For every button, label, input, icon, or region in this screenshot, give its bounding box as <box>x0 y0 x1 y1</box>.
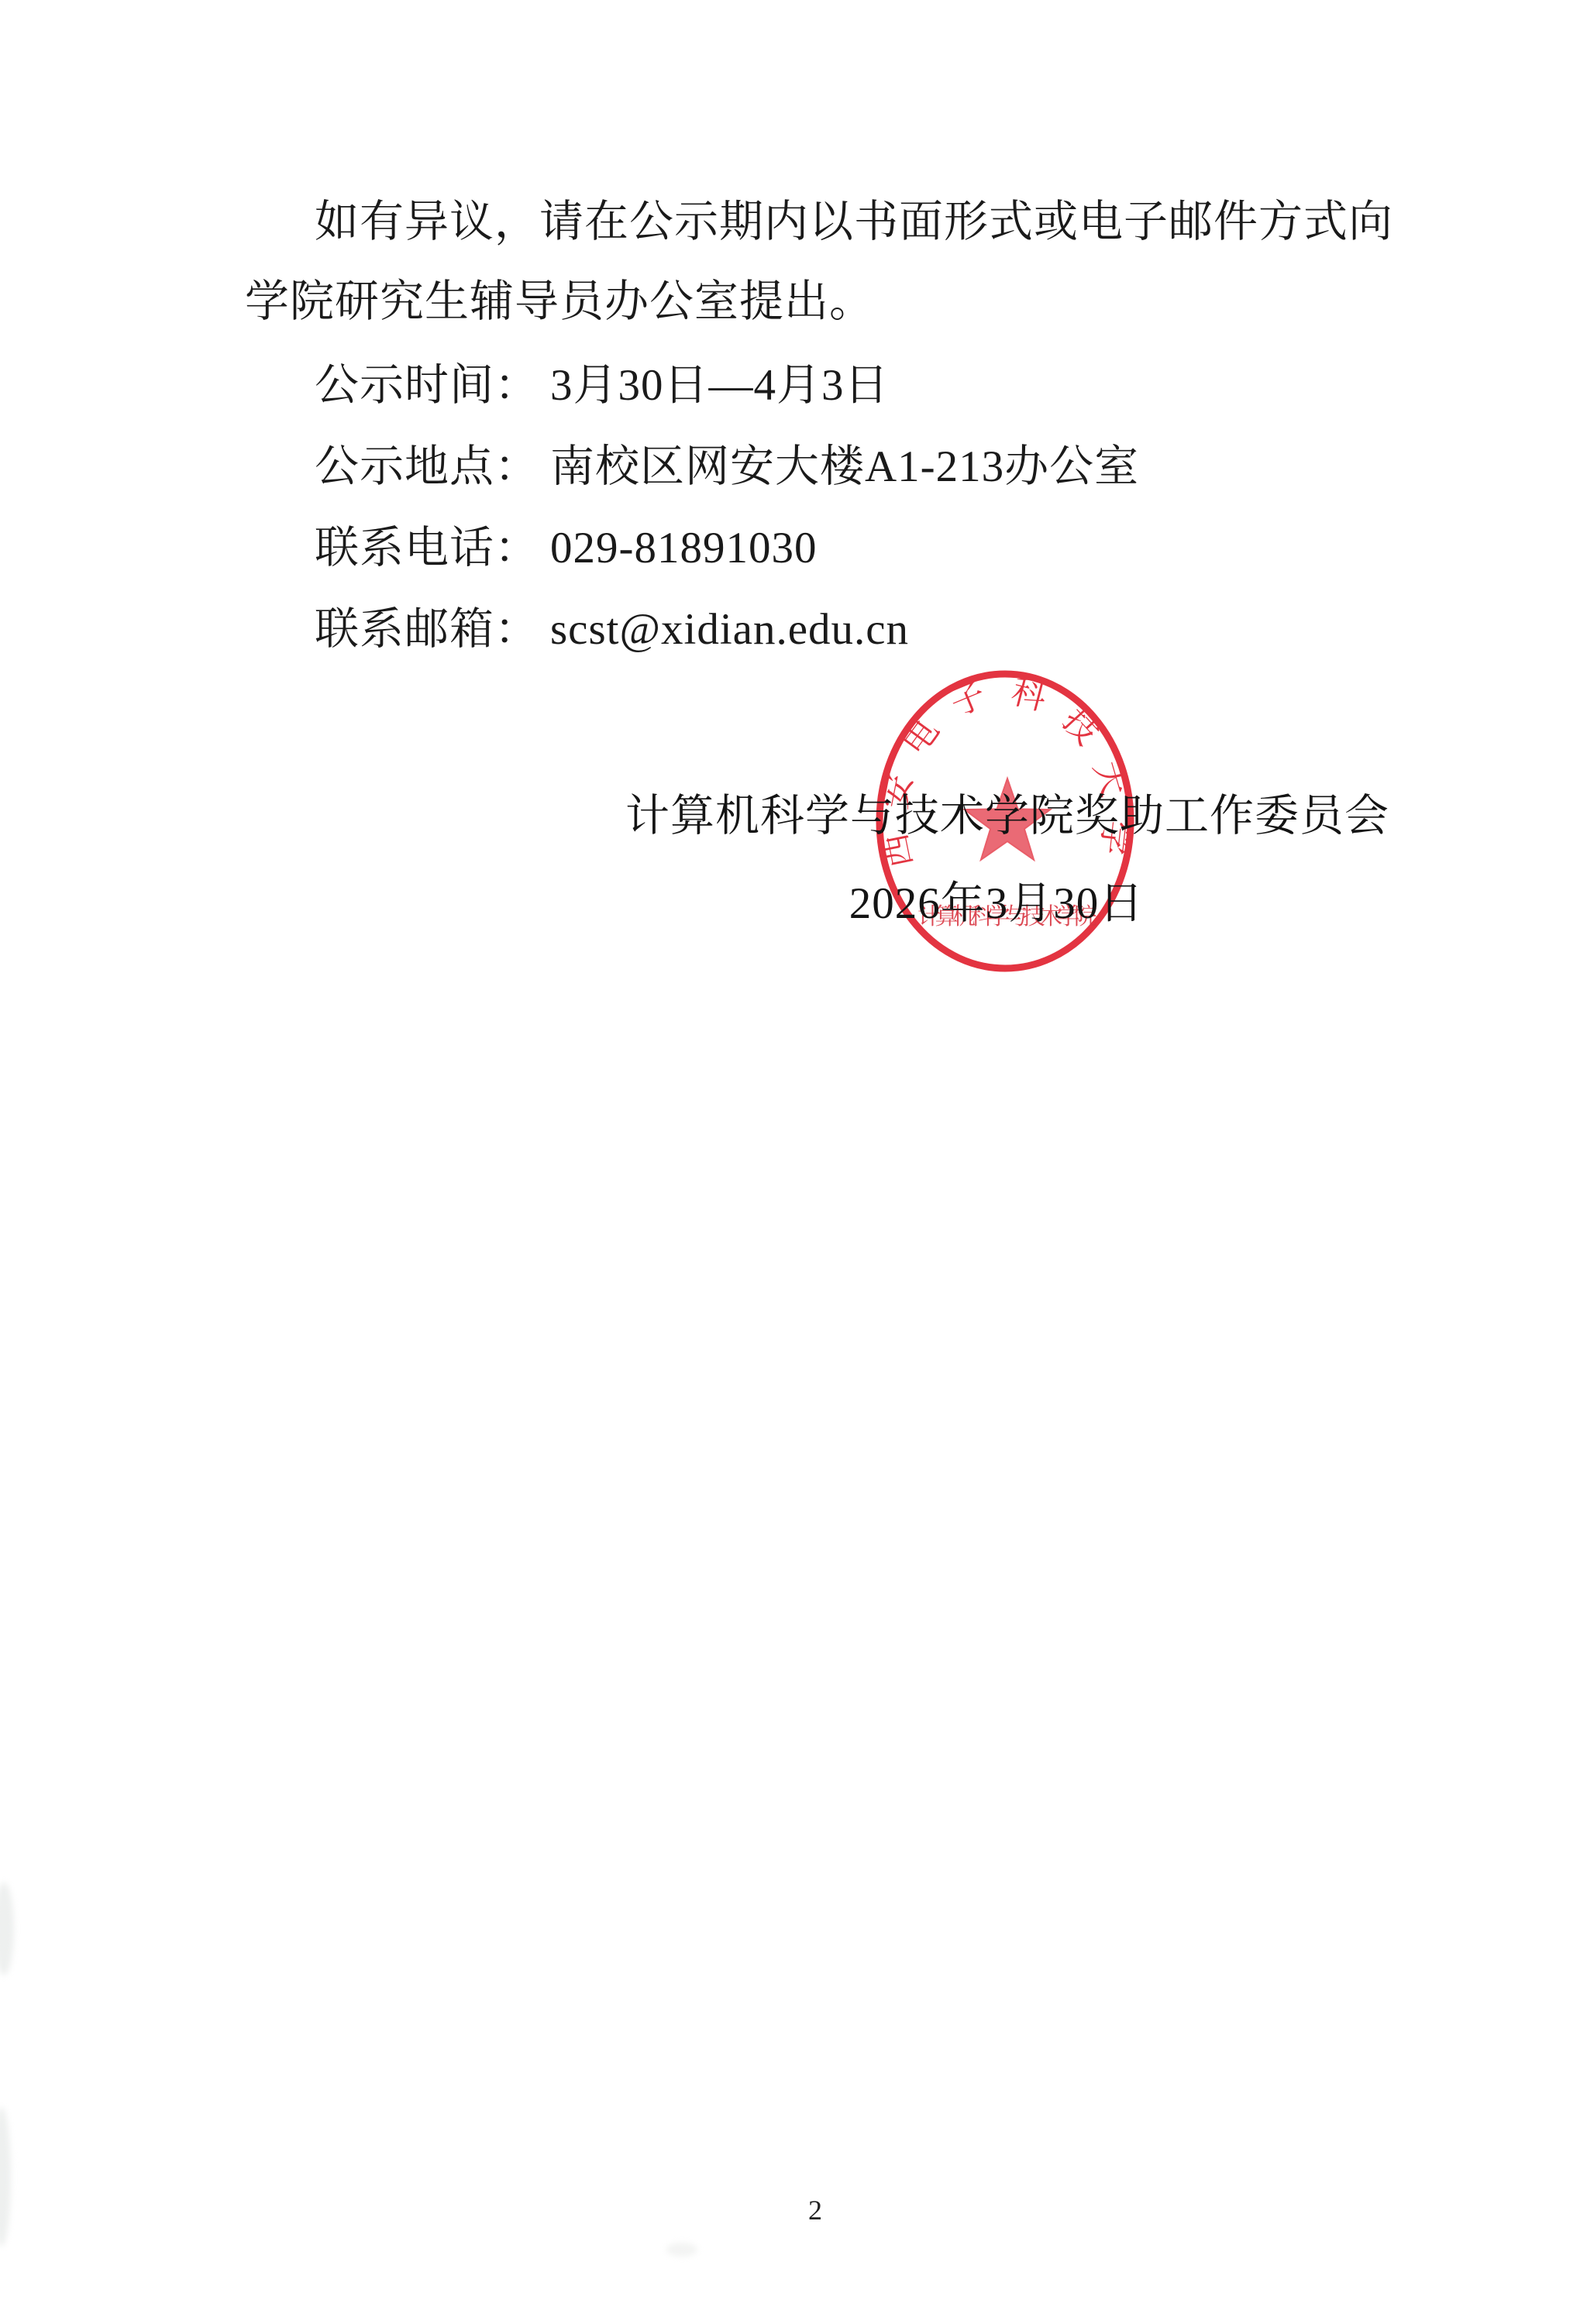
info-label-phone: 联系电话： <box>315 524 539 572</box>
info-label-time: 公示时间： <box>315 361 539 410</box>
scan-artifact <box>0 1882 14 1975</box>
info-label-location: 公示地点： <box>315 442 539 491</box>
page-number: 2 <box>808 2196 822 2224</box>
paragraph-line-2: 学院研究生辅导员办公室提出。 <box>245 280 874 324</box>
signature-date: 2026年3月30日 <box>849 882 1145 926</box>
signature-committee: 计算机科学与技术学院奖助工作委员会 <box>625 794 1389 838</box>
paragraph-line-1: 如有异议，请在公示期内以书面形式或电子邮件方式向 <box>315 200 1393 244</box>
info-value-phone: 029-81891030 <box>550 524 817 572</box>
scan-artifact <box>0 2107 11 2247</box>
info-line-time: 公示时间：3月30日—4月3日 <box>315 363 890 407</box>
info-label-email: 联系邮箱： <box>315 605 539 654</box>
info-value-email: scst@xidian.edu.cn <box>550 605 909 654</box>
scan-artifact <box>666 2243 697 2257</box>
info-line-email: 联系邮箱：scst@xidian.edu.cn <box>315 607 909 651</box>
info-line-location: 公示地点：南校区网安大楼A1-213办公室 <box>315 445 1139 489</box>
info-value-time: 3月30日—4月3日 <box>550 361 890 410</box>
document-page: 西安电子科技大学 计算机科学与技术学院 如有异议，请在公示期内以书面形式或电子邮… <box>0 0 1587 2324</box>
info-value-location: 南校区网安大楼A1-213办公室 <box>550 442 1139 491</box>
info-line-phone: 联系电话：029-81891030 <box>315 526 817 570</box>
